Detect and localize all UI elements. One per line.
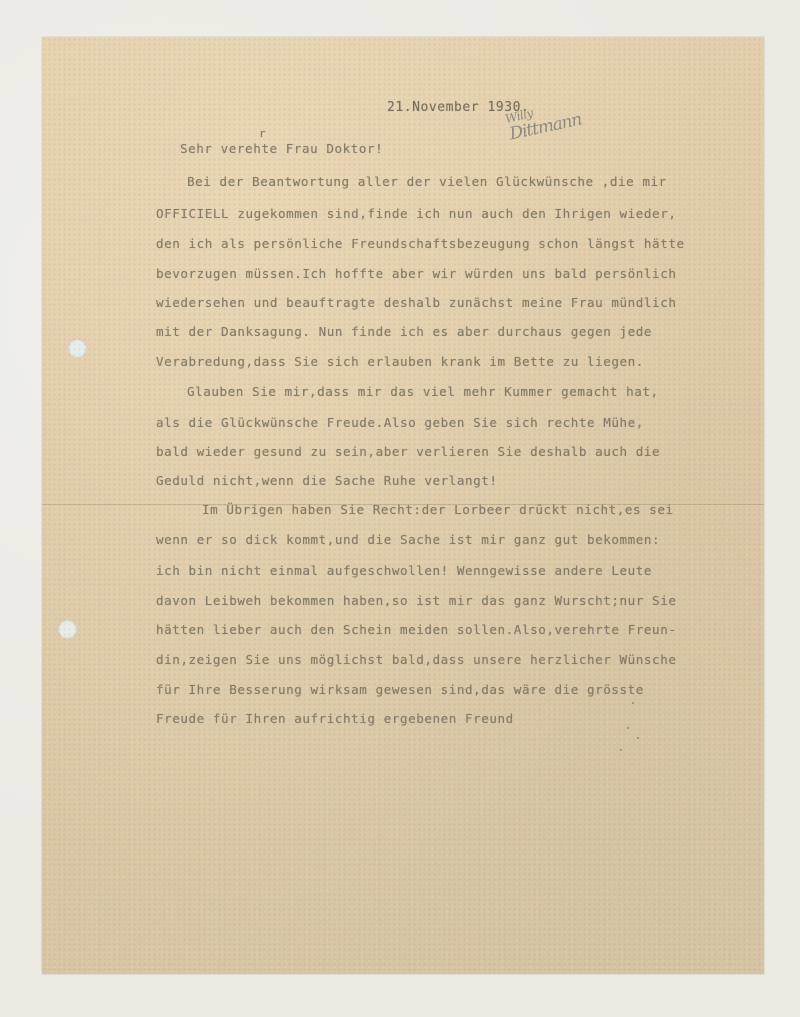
- body-line: bald wieder gesund zu sein,aber verliere…: [156, 446, 660, 459]
- body-line: als die Glückwünsche Freude.Also geben S…: [156, 417, 644, 430]
- body-line: Im Übrigen haben Sie Recht:der Lorbeer d…: [202, 504, 674, 517]
- body-line: Verabredung,dass Sie sich erlauben krank…: [156, 356, 644, 369]
- body-line: mit der Danksagung. Nun finde ich es abe…: [156, 326, 652, 339]
- ink-speck: [620, 749, 622, 751]
- letter-page: 21.November 1930. Willy Dittmann r Sehr …: [42, 37, 764, 974]
- body-line: hätten lieber auch den Schein meiden sol…: [156, 624, 676, 637]
- handwritten-signature-annotation: Willy Dittmann: [487, 105, 597, 155]
- ink-speck: [627, 727, 629, 729]
- salutation: Sehr verehte Frau Doktor!: [180, 143, 383, 156]
- typed-insert-mark: r: [259, 128, 266, 139]
- body-line: OFFICIELL zugekommen sind,finde ich nun …: [156, 208, 676, 221]
- body-line: din,zeigen Sie uns möglichst bald,dass u…: [156, 654, 676, 667]
- body-line: Geduld nicht,wenn die Sache Ruhe verlang…: [156, 475, 498, 488]
- punch-hole-top: [68, 339, 87, 358]
- body-line: Freude für Ihren aufrichtig ergebenen Fr…: [156, 713, 514, 726]
- body-line: für Ihre Besserung wirksam gewesen sind,…: [156, 684, 644, 697]
- body-line: wenn er so dick kommt,und die Sache ist …: [156, 534, 660, 547]
- body-line: davon Leibweh bekommen haben,so ist mir …: [156, 595, 676, 608]
- punch-hole-bottom: [58, 620, 77, 639]
- body-line: wiedersehen und beauftragte deshalb zunä…: [156, 297, 676, 310]
- body-line: den ich als persönliche Freundschaftsbez…: [156, 238, 685, 251]
- body-line: ich bin nicht einmal aufgeschwollen! Wen…: [156, 565, 652, 578]
- body-line: bevorzugen müssen.Ich hoffte aber wir wü…: [156, 268, 676, 281]
- body-line: Bei der Beantwortung aller der vielen Gl…: [187, 176, 667, 189]
- ink-speck: [637, 737, 639, 739]
- body-line: Glauben Sie mir,dass mir das viel mehr K…: [187, 386, 659, 399]
- ink-speck: [632, 702, 634, 704]
